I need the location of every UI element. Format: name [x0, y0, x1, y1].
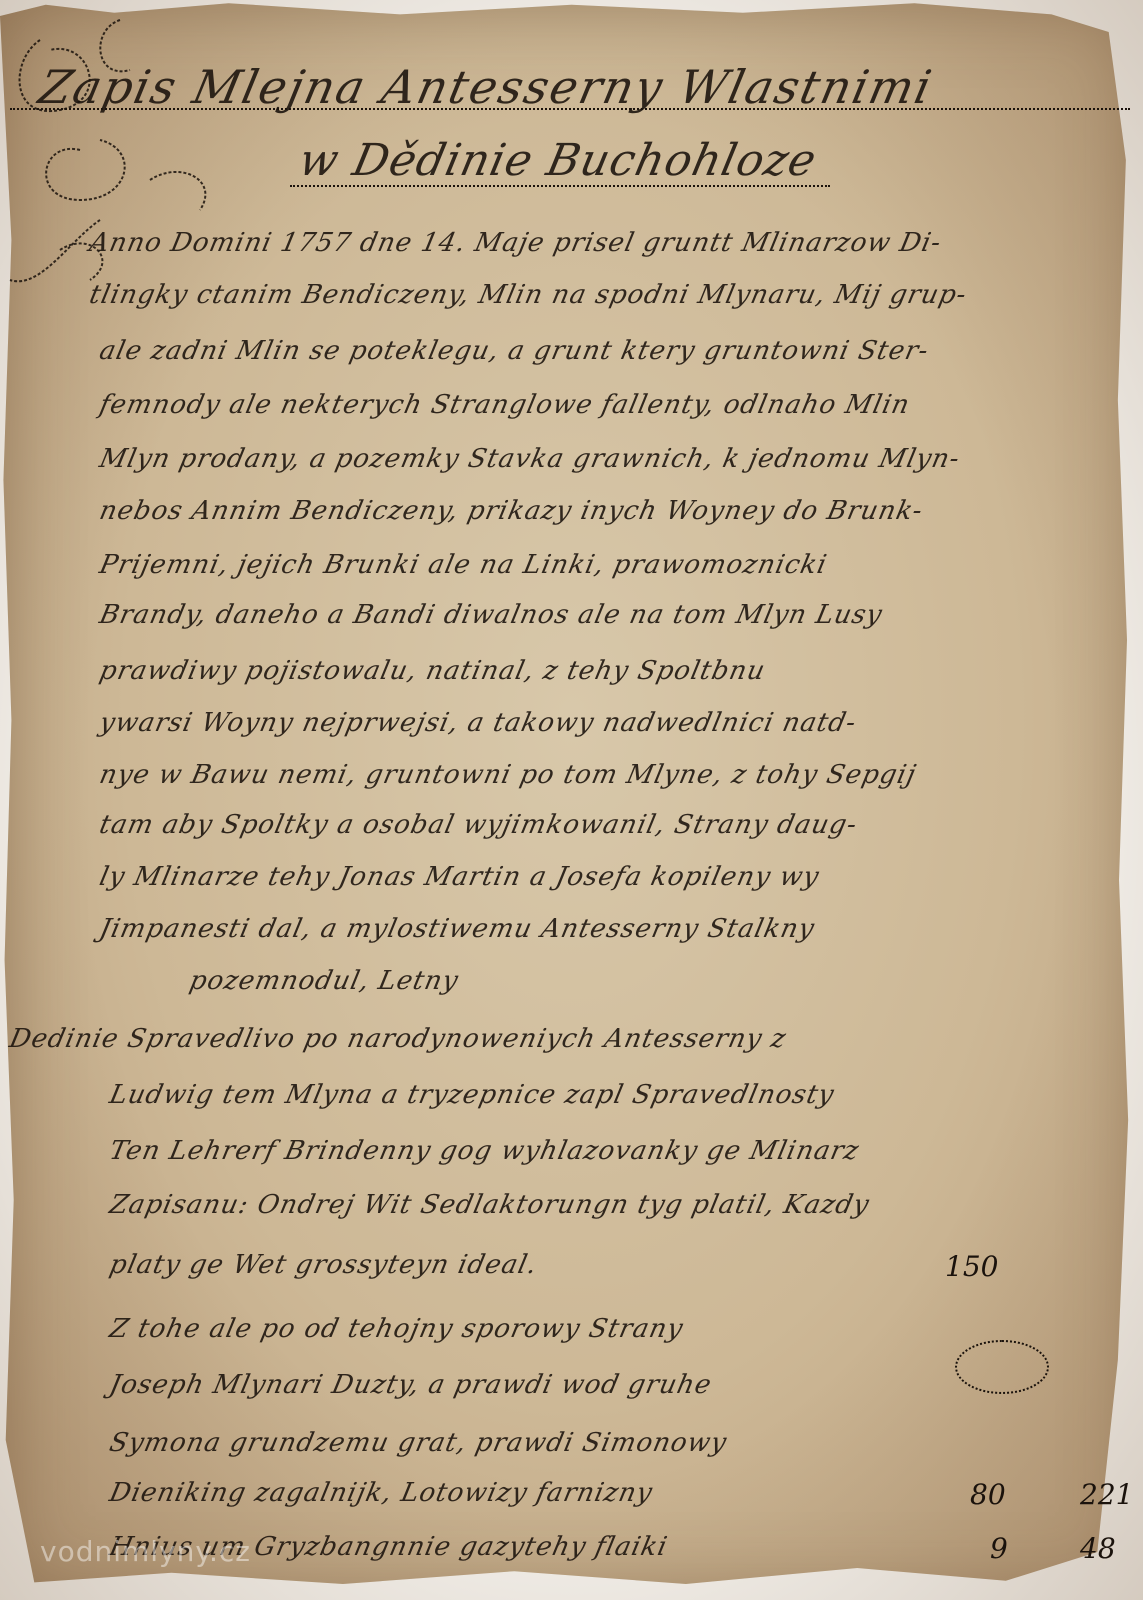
text-line: nye w Bawu nemi, gruntowni po tom Mlyne,…	[97, 760, 919, 790]
text-line: Joseph Mlynari Duzty, a prawdi wod gruhe	[107, 1370, 715, 1400]
circle-mark	[955, 1340, 1049, 1394]
text-line: prawdiwy pojistowalu, natinal, z tehy Sp…	[97, 656, 768, 686]
text-line: Dieniking zagalnijk, Lotowizy farnizny	[107, 1478, 656, 1508]
text-line: Symona grundzemu grat, prawdi Simonowy	[107, 1428, 730, 1458]
amount-value: 150	[945, 1250, 998, 1283]
text-line: Prijemni, jejich Brunki ale na Linki, pr…	[97, 550, 830, 580]
text-line: Jimpanesti dal, a mylostiwemu Antesserny…	[97, 914, 818, 944]
title-rule	[10, 108, 1130, 110]
text-line: Dedinie Spravedlivo po narodynoweniych A…	[7, 1024, 789, 1054]
text-line: ale zadni Mlin se poteklegu, a grunt kte…	[97, 336, 932, 366]
text-line: Zapisanu: Ondrej Wit Sedlaktorungn tyg p…	[107, 1190, 873, 1220]
text-line: Brandy, daneho a Bandi diwalnos ale na t…	[97, 600, 886, 630]
amount-value: 221	[1080, 1478, 1133, 1511]
subtitle-rule	[290, 185, 830, 187]
watermark: vodnimlyny.cz	[40, 1535, 251, 1568]
document-title: Zapis Mlejna Antesserny Wlastnimi	[34, 60, 938, 114]
document-subtitle: w Dědinie Buchohloze	[295, 135, 822, 186]
text-line: Anno Domini 1757 dne 14. Maje prisel gru…	[87, 228, 944, 258]
text-line: pozemnodul, Letny	[187, 966, 462, 996]
amount-value: 80	[970, 1478, 1006, 1511]
text-line: Ludwig tem Mlyna a tryzepnice zapl Sprav…	[107, 1080, 837, 1110]
text-line: nebos Annim Bendiczeny, prikazy inych Wo…	[97, 496, 926, 526]
text-line: tlingky ctanim Bendiczeny, Mlin na spodn…	[87, 280, 970, 310]
text-line: Z tohe ale po od tehojny sporowy Strany	[107, 1314, 686, 1344]
text-line: Ten Lehrerf Brindenny gog wyhlazovanky g…	[107, 1136, 862, 1166]
text-line: platy ge Wet grossyteyn ideal.	[107, 1250, 540, 1280]
text-line: femnody ale nekterych Stranglowe fallent…	[97, 390, 913, 420]
text-line: ly Mlinarze tehy Jonas Martin a Josefa k…	[97, 862, 822, 892]
text-line: tam aby Spoltky a osobal wyjimkowanil, S…	[97, 810, 860, 840]
amount-value: 48	[1080, 1532, 1116, 1565]
text-line: Mlyn prodany, a pozemky Stavka grawnich,…	[97, 444, 963, 474]
text-line: ywarsi Woyny nejprwejsi, a takowy nadwed…	[97, 708, 859, 738]
amount-value: 9	[990, 1532, 1008, 1565]
